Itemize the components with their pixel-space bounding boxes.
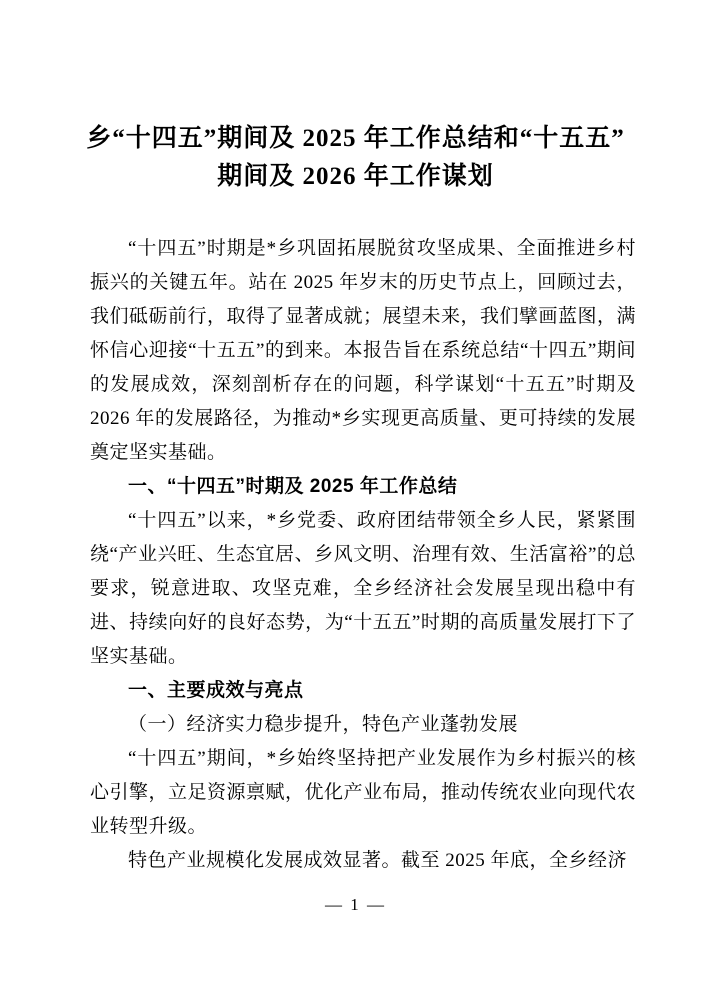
- page-number: — 1 —: [0, 894, 711, 916]
- paragraph-industry-scale: 特色产业规模化发展成效显著。截至 2025 年底，全乡经济: [90, 844, 636, 878]
- paragraph-intro: “十四五”时期是*乡巩固拓展脱贫攻坚成果、全面推进乡村振兴的关键五年。站在 20…: [90, 232, 636, 470]
- paragraph-industry-engine: “十四五”期间，*乡始终坚持把产业发展作为乡村振兴的核心引擎，立足资源禀赋，优化…: [90, 742, 636, 844]
- document-title: 乡“十四五”期间及 2025 年工作总结和“十五五”期间及 2026 年工作谋划: [83, 0, 628, 196]
- paragraph-overview: “十四五”以来，*乡党委、政府团结带领全乡人民，紧紧围绕“产业兴旺、生态宜居、乡…: [90, 504, 636, 674]
- document-body: “十四五”时期是*乡巩固拓展脱贫攻坚成果、全面推进乡村振兴的关键五年。站在 20…: [90, 232, 636, 878]
- document-page: 乡“十四五”期间及 2025 年工作总结和“十五五”期间及 2026 年工作谋划…: [0, 0, 711, 1006]
- section-heading-work-summary: 一、“十四五”时期及 2025 年工作总结: [90, 470, 636, 504]
- sub-heading-economy: （一）经济实力稳步提升，特色产业蓬勃发展: [90, 708, 636, 742]
- section-heading-achievements: 一、主要成效与亮点: [90, 674, 636, 708]
